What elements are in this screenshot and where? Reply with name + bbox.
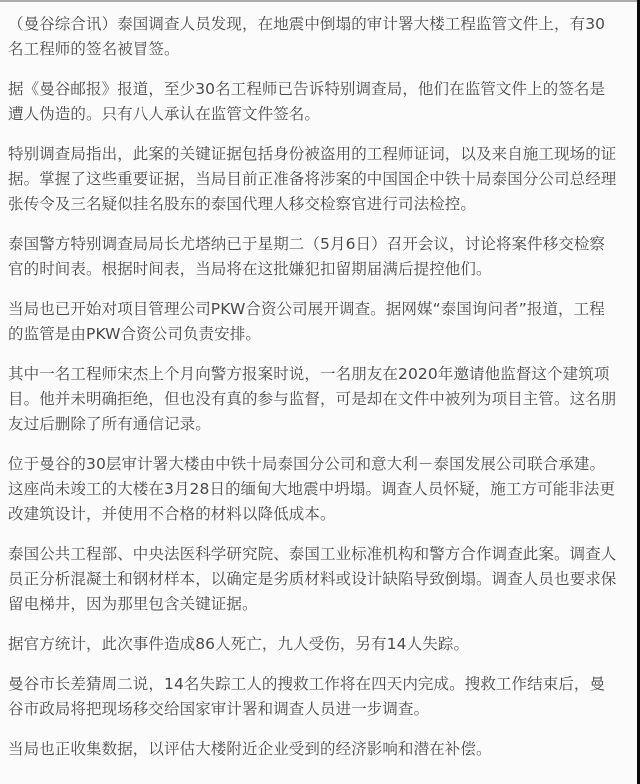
news-article: （曼谷综合讯）泰国调查人员发现，在地震中倒塌的审计署大楼工程监管文件上，有30名… [0, 0, 632, 762]
article-paragraph: 曼谷市长差猜周二说，14名失踪工人的搜救工作将在四天内完成。搜救工作结束后，曼谷… [8, 672, 618, 722]
article-paragraph: 当局也已开始对项目管理公司PKW合资公司展开调查。据网媒“泰国询问者”报道，工程… [8, 297, 618, 347]
article-paragraph: 据《曼谷邮报》报道，至少30名工程师已告诉特别调查局，他们在监管文件上的签名是遭… [8, 77, 618, 127]
article-paragraph: 特别调查局指出，此案的关键证据包括身份被盗用的工程师证词，以及来自施工现场的证据… [8, 142, 618, 217]
article-paragraph: 泰国公共工程部、中央法医科学研究院、泰国工业标准机构和警方合作调查此案。调查人员… [8, 542, 618, 617]
article-paragraph: 当局也正收集数据，以评估大楼附近企业受到的经济影响和潜在补偿。 [8, 737, 618, 762]
top-edge-line [0, 0, 640, 2]
article-paragraph: 泰国警方特别调查局局长尤塔纳已于星期二（5月6日）召开会议，讨论将案件移交检察官… [8, 232, 618, 282]
article-paragraph: （曼谷综合讯）泰国调查人员发现，在地震中倒塌的审计署大楼工程监管文件上，有30名… [8, 12, 618, 62]
article-paragraph: 其中一名工程师宋杰上个月向警方报案时说，一名朋友在2020年邀请他监督这个建筑项… [8, 362, 618, 437]
article-paragraph: 据官方统计，此次事件造成86人死亡，九人受伤，另有14人失踪。 [8, 632, 618, 657]
article-paragraph: 位于曼谷的30层审计署大楼由中铁十局泰国分公司和意大利－泰国发展公司联合承建。这… [8, 452, 618, 527]
